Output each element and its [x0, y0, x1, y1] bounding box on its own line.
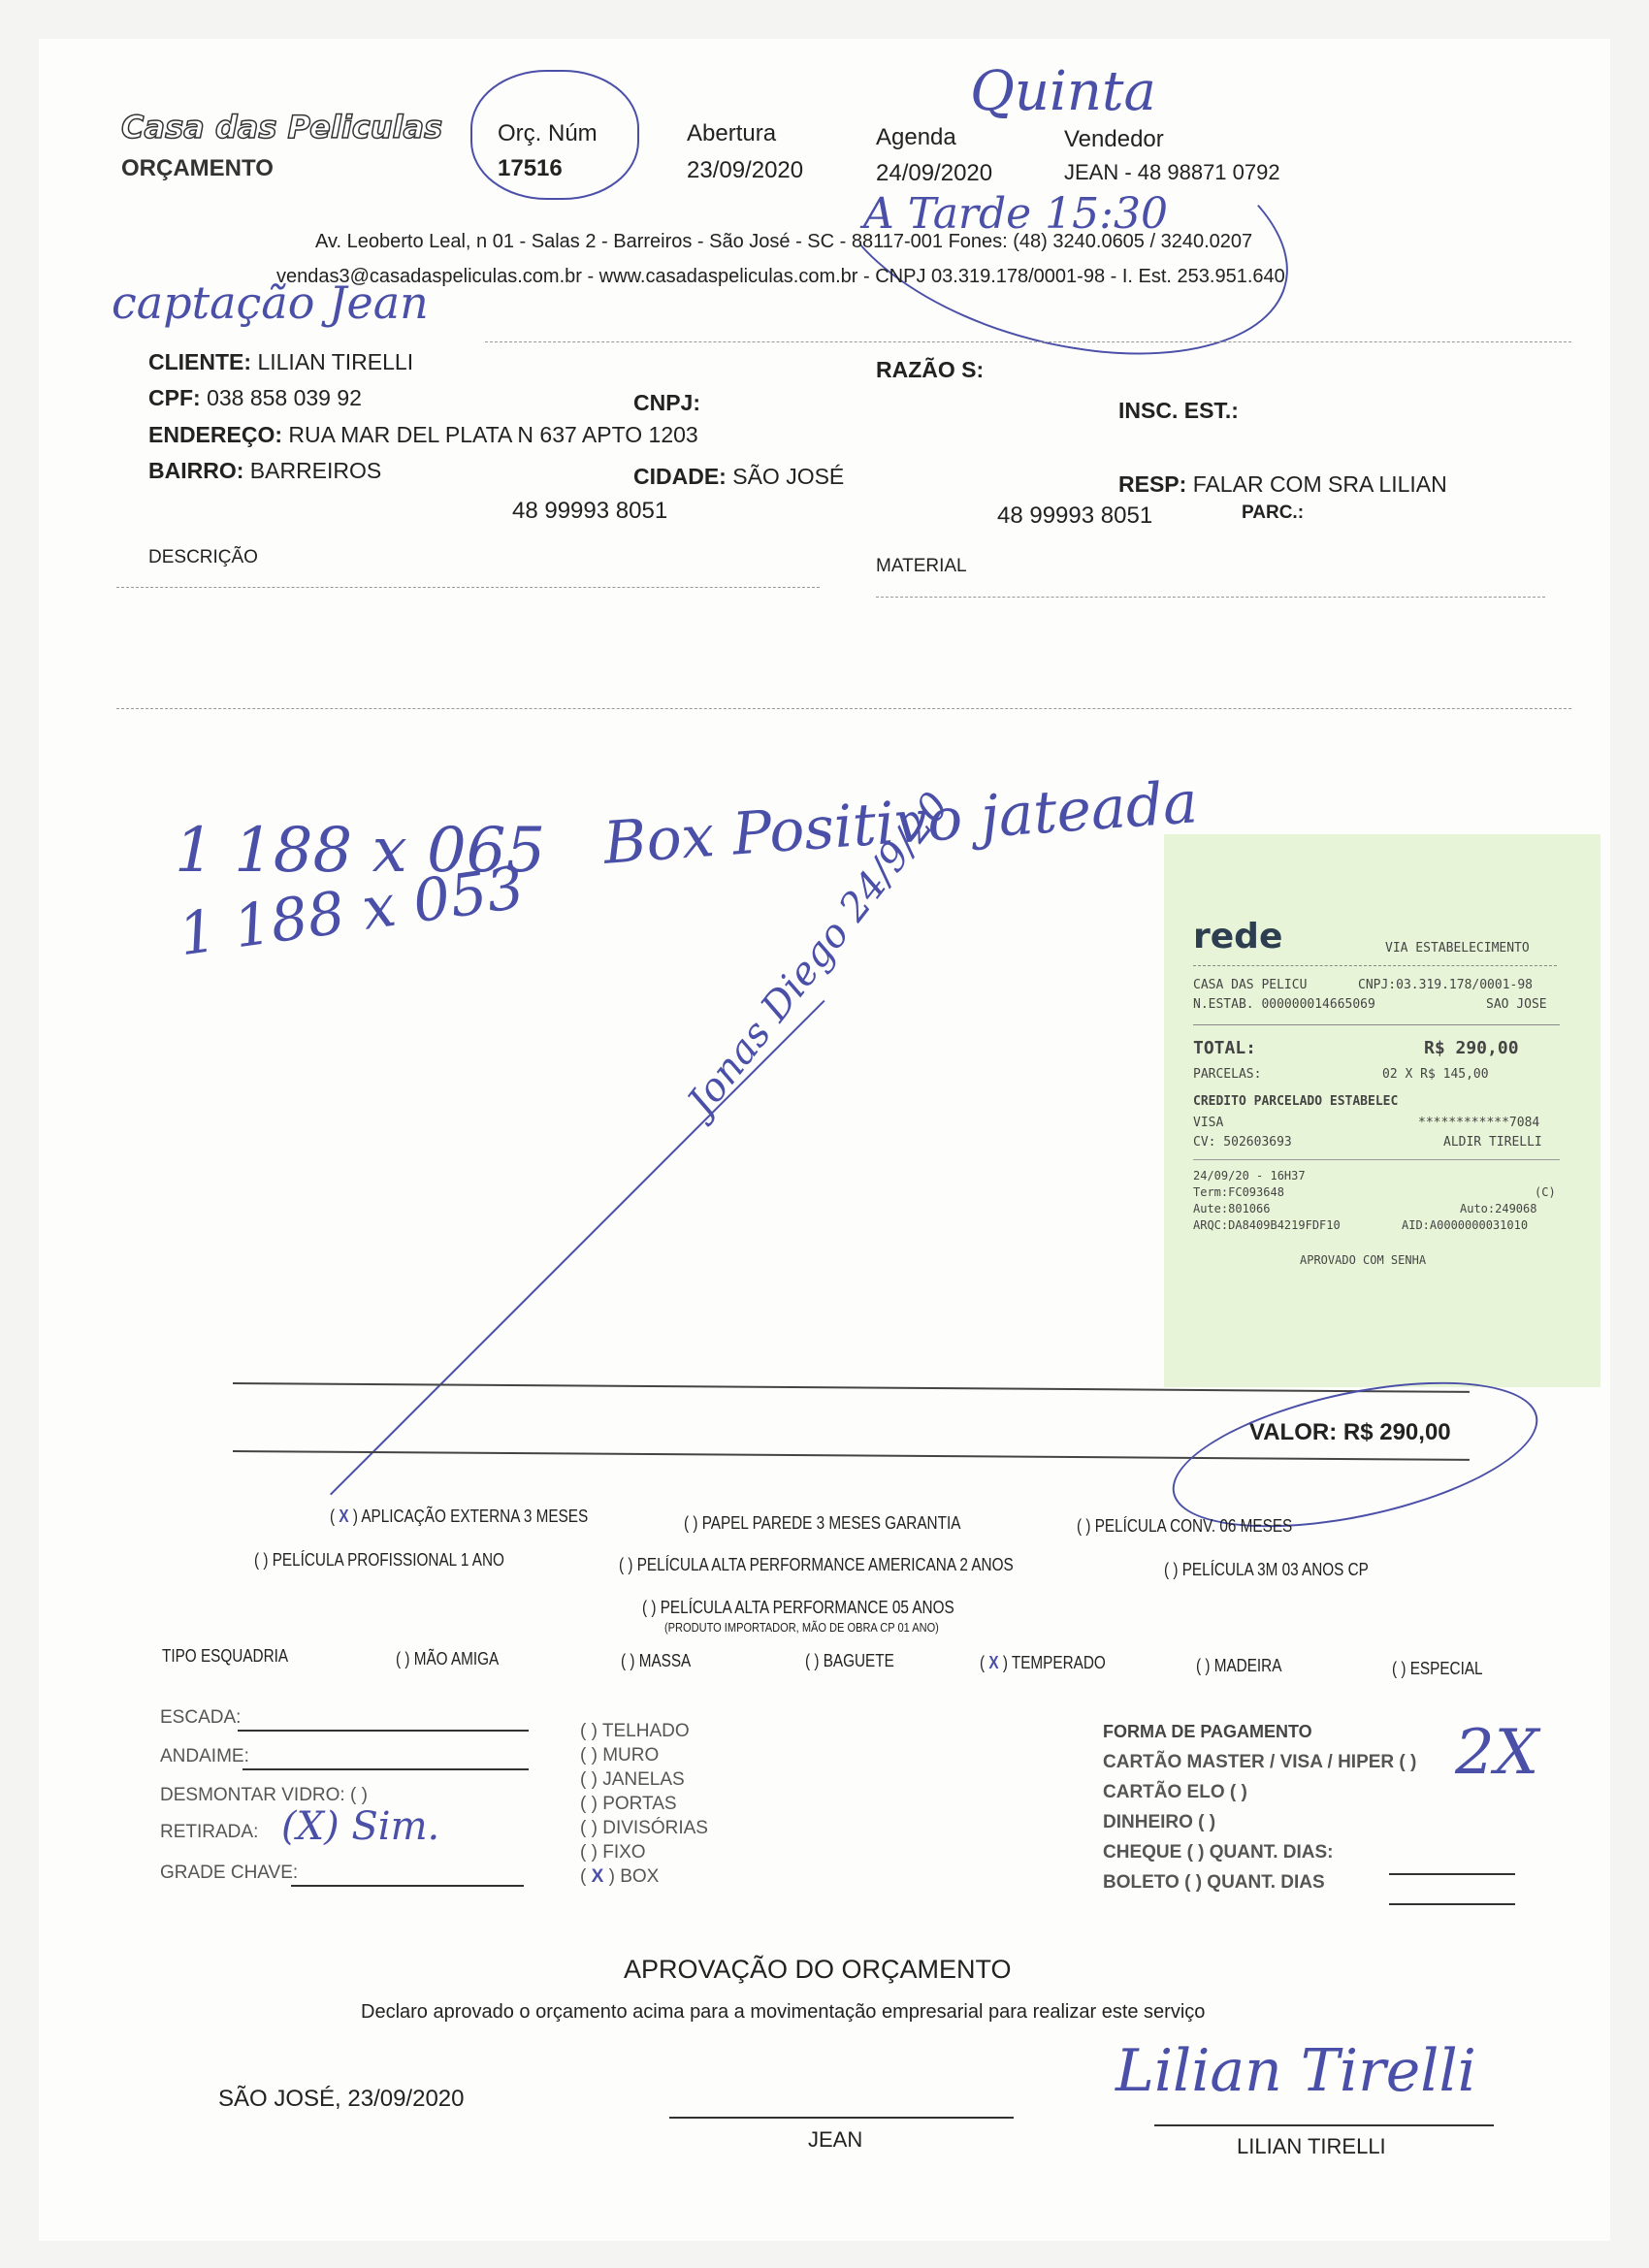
divider	[1193, 1159, 1560, 1160]
andaime-label: ANDAIME:	[160, 1746, 249, 1767]
esquadria-option-baguete[interactable]: ( ) BAGUETE	[805, 1651, 894, 1671]
boleto-days-field[interactable]	[1389, 1903, 1515, 1905]
abertura-value: 23/09/2020	[687, 157, 803, 184]
endereco-value: RUA MAR DEL PLATA N 637 APTO 1203	[288, 422, 697, 447]
address-line: Av. Leoberto Leal, n 01 - Salas 2 - Barr…	[315, 231, 1252, 253]
esquadria-option-massa[interactable]: ( ) MASSA	[621, 1651, 691, 1671]
warranty-option-1[interactable]: ( ) PAPEL PAREDE 3 MESES GARANTIA	[684, 1513, 960, 1534]
receipt-holder: ALDIR TIRELLI	[1443, 1135, 1542, 1150]
cpf-label: CPF:	[148, 385, 201, 410]
card-receipt: rede VIA ESTABELECIMENTO CASA DAS PELICU…	[1164, 834, 1600, 1387]
esquadria-option-madeira[interactable]: ( ) MADEIRA	[1196, 1656, 1281, 1676]
approval-statement: Declaro aprovado o orçamento acima para …	[361, 2001, 1205, 2024]
endereco-row: ENDEREÇO: RUA MAR DEL PLATA N 637 APTO 1…	[148, 422, 698, 448]
location-muro[interactable]: ( ) MURO	[580, 1743, 708, 1767]
seller-signature-line	[669, 2117, 1014, 2119]
desmontar-label: DESMONTAR VIDRO: ( )	[160, 1785, 368, 1806]
retirada-label: RETIRADA:	[160, 1822, 258, 1843]
payment-card[interactable]: CARTÃO MASTER / VISA / HIPER ( )	[1103, 1747, 1416, 1777]
payment-cheque[interactable]: CHEQUE ( ) QUANT. DIAS:	[1103, 1837, 1416, 1867]
hand-2x: 2X	[1455, 1717, 1538, 1789]
grade-chave-label: GRADE CHAVE:	[160, 1863, 298, 1884]
receipt-estab: N.ESTAB. 000000014665069	[1193, 997, 1375, 1012]
client-signature: Lilian Tirelli	[1115, 2037, 1476, 2105]
escada-field[interactable]	[238, 1730, 529, 1732]
receipt-city: SAO JOSE	[1486, 997, 1547, 1012]
divider	[1193, 965, 1557, 966]
seller-name: JEAN	[808, 2127, 862, 2153]
payment-boleto[interactable]: BOLETO ( ) QUANT. DIAS	[1103, 1867, 1416, 1897]
receipt-parcelas-value: 02 X R$ 145,00	[1382, 1067, 1489, 1082]
cliente-row: CLIENTE: LILIAN TIRELLI	[148, 349, 413, 375]
warranty-option-2[interactable]: ( ) PELÍCULA CONV. 06 MESES	[1077, 1516, 1292, 1537]
bairro-label: BAIRRO:	[148, 458, 243, 483]
cliente-label: CLIENTE:	[148, 349, 251, 374]
resp-value: FALAR COM SRA LILIAN	[1193, 471, 1447, 497]
cnpj-label: CNPJ:	[633, 390, 700, 416]
approval-title: APROVAÇÃO DO ORÇAMENTO	[624, 1955, 1012, 1985]
cidade-row: CIDADE: SÃO JOSÉ	[633, 464, 844, 490]
hand-quinta: Quinta	[970, 60, 1156, 123]
receipt-c-flag: (C)	[1535, 1185, 1556, 1199]
esquadria-option-especial[interactable]: ( ) ESPECIAL	[1392, 1659, 1483, 1679]
payment-cash[interactable]: DINHEIRO ( )	[1103, 1807, 1416, 1837]
receipt-total-label: TOTAL:	[1193, 1038, 1256, 1058]
company-logo: Casa das Peliculas	[121, 109, 442, 146]
rede-logo: rede	[1193, 917, 1282, 956]
cidade-value: SÃO JOSÉ	[732, 464, 844, 489]
receipt-arqc: ARQC:DA8409B4219FDF10	[1193, 1218, 1341, 1232]
endereco-label: ENDEREÇO:	[148, 422, 282, 447]
cidade-label: CIDADE:	[633, 464, 727, 489]
esquadria-option-mao-amiga[interactable]: ( ) MÃO AMIGA	[396, 1649, 499, 1669]
razao-label: RAZÃO S:	[876, 357, 984, 383]
receipt-parcelas-label: PARCELAS:	[1193, 1067, 1261, 1082]
divider	[116, 708, 1571, 709]
cliente-value: LILIAN TIRELLI	[257, 349, 413, 374]
location-janelas[interactable]: ( ) JANELAS	[580, 1767, 708, 1792]
receipt-datetime: 24/09/20 - 16H37	[1193, 1169, 1306, 1183]
receipt-via: VIA ESTABELECIMENTO	[1385, 941, 1530, 956]
bairro-row: BAIRRO: BARREIROS	[148, 458, 381, 484]
location-portas[interactable]: ( ) PORTAS	[580, 1792, 708, 1816]
warranty-note: (PRODUTO IMPORTADOR, MÃO DE OBRA CP 01 A…	[664, 1620, 939, 1635]
material-label: MATERIAL	[876, 556, 967, 577]
location-telhado[interactable]: ( ) TELHADO	[580, 1719, 708, 1743]
orc-num-label: Orç. Núm	[498, 120, 598, 147]
receipt-cnpj: CNPJ:03.319.178/0001-98	[1358, 978, 1533, 992]
cheque-days-field[interactable]	[1389, 1873, 1515, 1875]
resp-row: RESP: FALAR COM SRA LILIAN	[1118, 471, 1447, 498]
payment-section: FORMA DE PAGAMENTO CARTÃO MASTER / VISA …	[1103, 1717, 1416, 1897]
locations-list: ( ) TELHADO ( ) MURO ( ) JANELAS ( ) POR…	[580, 1719, 708, 1889]
receipt-cv: CV: 502603693	[1193, 1135, 1292, 1150]
divider	[876, 597, 1545, 598]
hand-captacao: captação Jean	[112, 276, 429, 329]
divider	[1193, 1024, 1560, 1025]
divider	[116, 587, 820, 588]
receipt-type: CREDITO PARCELADO ESTABELEC	[1193, 1094, 1398, 1109]
descricao-label: DESCRIÇÃO	[148, 547, 258, 568]
phone-1: 48 99993 8051	[512, 498, 667, 525]
receipt-status: APROVADO COM SENHA	[1300, 1253, 1426, 1267]
parc-label: PARC.:	[1242, 502, 1304, 524]
bairro-value: BARREIROS	[250, 458, 381, 483]
warranty-option-4[interactable]: ( ) PELÍCULA ALTA PERFORMANCE AMERICANA …	[619, 1555, 1014, 1575]
receipt-card-number: ************7084	[1418, 1116, 1539, 1130]
orc-num-value: 17516	[498, 155, 563, 182]
warranty-option-6[interactable]: ( ) PELÍCULA ALTA PERFORMANCE 05 ANOS	[642, 1598, 954, 1618]
cpf-row: CPF: 038 858 039 92	[148, 385, 362, 411]
receipt-term: Term:FC093648	[1193, 1185, 1284, 1199]
insc-label: INSC. EST.:	[1118, 398, 1239, 424]
client-signature-line	[1154, 2124, 1494, 2126]
location-fixo[interactable]: ( ) FIXO	[580, 1840, 708, 1864]
receipt-aid: AID:A0000000031010	[1402, 1218, 1528, 1232]
valor-total: VALOR: R$ 290,00	[1249, 1419, 1451, 1446]
andaime-field[interactable]	[242, 1768, 529, 1770]
resp-label: RESP:	[1118, 471, 1186, 497]
hand-retirada-sim: (X) Sim.	[281, 1804, 439, 1849]
esquadria-label: TIPO ESQUADRIA	[162, 1646, 288, 1667]
divider	[485, 341, 1571, 342]
place-date: SÃO JOSÉ, 23/09/2020	[218, 2086, 465, 2113]
doc-type: ORÇAMENTO	[121, 155, 274, 182]
escada-label: ESCADA:	[160, 1707, 241, 1729]
receipt-merchant: CASA DAS PELICU	[1193, 978, 1307, 992]
client-name: LILIAN TIRELLI	[1237, 2134, 1386, 2159]
warranty-option-5[interactable]: ( ) PELÍCULA 3M 03 ANOS CP	[1164, 1560, 1369, 1580]
receipt-total-value: R$ 290,00	[1424, 1038, 1519, 1058]
abertura-label: Abertura	[687, 120, 776, 147]
receipt-aute: Aute:801066	[1193, 1202, 1270, 1215]
payment-elo[interactable]: CARTÃO ELO ( )	[1103, 1777, 1416, 1807]
warranty-option-3[interactable]: ( ) PELÍCULA PROFISSIONAL 1 ANO	[254, 1550, 504, 1571]
grade-chave-field[interactable]	[291, 1885, 524, 1887]
receipt-auto: Auto:249068	[1460, 1202, 1536, 1215]
location-box[interactable]: ( X ) BOX	[580, 1864, 708, 1889]
payment-title: FORMA DE PAGAMENTO	[1103, 1717, 1416, 1747]
esquadria-option-temperado[interactable]: ( X ) TEMPERADO	[980, 1653, 1106, 1673]
location-divisorias[interactable]: ( ) DIVISÓRIAS	[580, 1816, 708, 1840]
cpf-value: 038 858 039 92	[207, 385, 362, 410]
receipt-card-brand: VISA	[1193, 1116, 1223, 1130]
phone-2: 48 99993 8051	[997, 502, 1152, 530]
warranty-option-0[interactable]: ( X ) APLICAÇÃO EXTERNA 3 MESES	[330, 1507, 588, 1527]
